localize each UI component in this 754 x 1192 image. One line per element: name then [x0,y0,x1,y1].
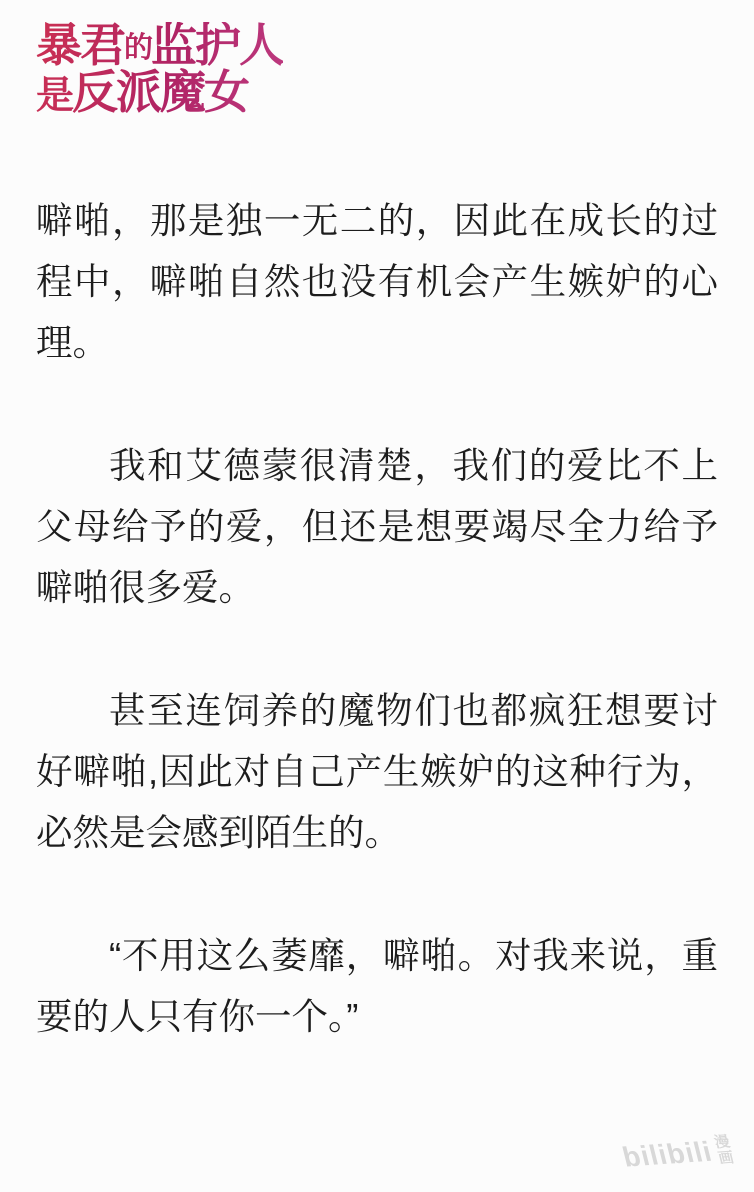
bilibili-watermark: bilibili 漫 画 [619,1134,736,1173]
novel-page: 暴君的监护人 是反派魔女 噼啪，那是独一无二的，因此在成长的过程中，噼啪自然也没… [0,0,754,1192]
paragraph-1: 噼啪，那是独一无二的，因此在成长的过程中，噼啪自然也没有机会产生嫉妒的心理。 [36,190,718,373]
logo-text: 反派魔女 [72,65,248,119]
logo-text-small: 的 [124,30,151,64]
logo-text-medium: 是 [36,72,72,117]
series-logo: 暴君的监护人 是反派魔女 [36,22,283,116]
manhua-label-bottom: 画 [717,1150,736,1167]
manhua-label: 漫 画 [713,1134,736,1167]
paragraph-4: “不用这么萎靡，噼啪。对我来说，重要的人只有你一个。” [36,925,718,1047]
logo-text: 监护人 [151,18,283,72]
series-logo-line-2: 是反派魔女 [36,69,283,116]
logo-text: 暴君 [36,18,124,72]
bilibili-logo-text: bilibili [620,1138,716,1172]
series-logo-line-1: 暴君的监护人 [36,22,283,69]
paragraph-3: 甚至连饲养的魔物们也都疯狂想要讨好噼啪,因此对自己产生嫉妒的这种行为，必然是会感… [36,680,718,863]
paragraph-2: 我和艾德蒙很清楚，我们的爱比不上父母给予的爱，但还是想要竭尽全力给予噼啪很多爱。 [36,435,718,618]
novel-text: 噼啪，那是独一无二的，因此在成长的过程中，噼啪自然也没有机会产生嫉妒的心理。 我… [36,190,718,1109]
